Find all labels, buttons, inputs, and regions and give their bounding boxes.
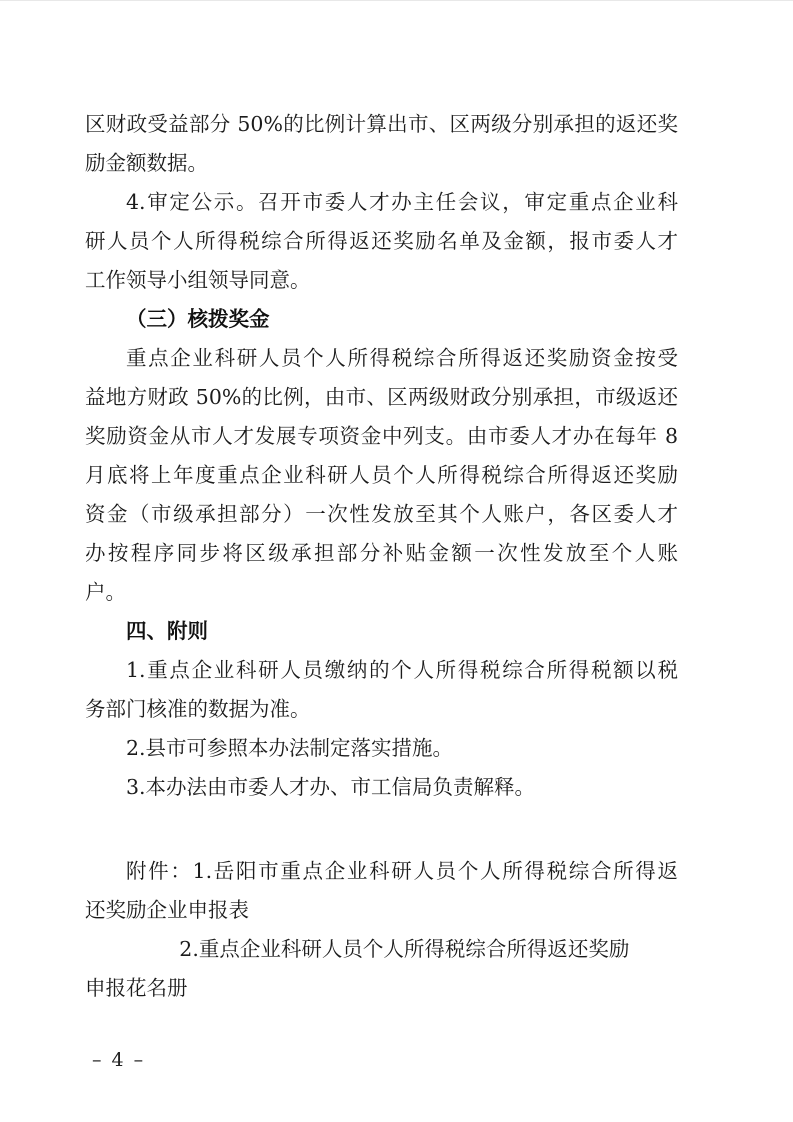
text-line: 户。 (85, 573, 678, 612)
paragraph: 重点企业科研人员个人所得税综合所得返还奖励资金按受益地方财政 50%的比例，由市… (85, 339, 678, 612)
text-line: 工作领导小组领导同意。 (85, 261, 678, 300)
text-line: 奖励资金从市人才发展专项资金中列支。由市委人才办在每年 8 (85, 417, 678, 456)
section-heading: （三）核拨奖金 (85, 300, 678, 339)
text-line: 2.县市可参照本办法制定落实措施。 (85, 729, 678, 768)
text-line: 务部门核准的数据为准。 (85, 690, 678, 729)
paragraph: 1.重点企业科研人员缴纳的个人所得税综合所得税额以税务部门核准的数据为准。 (85, 651, 678, 729)
text-line: 申报花名册 (85, 969, 678, 1008)
text-line: 3.本办法由市委人才办、市工信局负责解释。 (85, 768, 678, 807)
text-line: 月底将上年度重点企业科研人员个人所得税综合所得返还奖励 (85, 456, 678, 495)
document-body: 区财政受益部分 50%的比例计算出市、区两级分别承担的返还奖励金额数据。4.审定… (85, 105, 678, 1008)
document-page: 区财政受益部分 50%的比例计算出市、区两级分别承担的返还奖励金额数据。4.审定… (0, 0, 793, 1122)
text-line: 四、附则 (85, 612, 678, 651)
paragraph: 2.县市可参照本办法制定落实措施。 (85, 729, 678, 768)
text-line: 益地方财政 50%的比例，由市、区两级财政分别承担，市级返还 (85, 378, 678, 417)
text-line: 附件：1.岳阳市重点企业科研人员个人所得税综合所得返 (85, 852, 678, 891)
section-heading: 四、附则 (85, 612, 678, 651)
text-line: 4.审定公示。召开市委人才办主任会议，审定重点企业科 (85, 183, 678, 222)
paragraph: 3.本办法由市委人才办、市工信局负责解释。 (85, 768, 678, 807)
text-line: 1.重点企业科研人员缴纳的个人所得税综合所得税额以税 (85, 651, 678, 690)
paragraph: 附件：1.岳阳市重点企业科研人员个人所得税综合所得返还奖励企业申报表 (85, 852, 678, 930)
paragraph: 4.审定公示。召开市委人才办主任会议，审定重点企业科研人员个人所得税综合所得返还… (85, 183, 678, 300)
text-line: 重点企业科研人员个人所得税综合所得返还奖励资金按受 (85, 339, 678, 378)
paragraph: 区财政受益部分 50%的比例计算出市、区两级分别承担的返还奖励金额数据。 (85, 105, 678, 183)
text-line: 研人员个人所得税综合所得返还奖励名单及金额，报市委人才 (85, 222, 678, 261)
text-line: 还奖励企业申报表 (85, 891, 678, 930)
text-line: 资金（市级承担部分）一次性发放至其个人账户，各区委人才 (85, 495, 678, 534)
text-line: 办按程序同步将区级承担部分补贴金额一次性发放至个人账 (85, 534, 678, 573)
paragraph: 2.重点企业科研人员个人所得税综合所得返还奖励申报花名册 (85, 930, 678, 1008)
text-line: 励金额数据。 (85, 144, 678, 183)
page-number: – 4 – (92, 1047, 145, 1073)
text-line: 区财政受益部分 50%的比例计算出市、区两级分别承担的返还奖 (85, 105, 678, 144)
text-line: （三）核拨奖金 (85, 300, 678, 339)
text-line: 2.重点企业科研人员个人所得税综合所得返还奖励 (85, 930, 678, 969)
